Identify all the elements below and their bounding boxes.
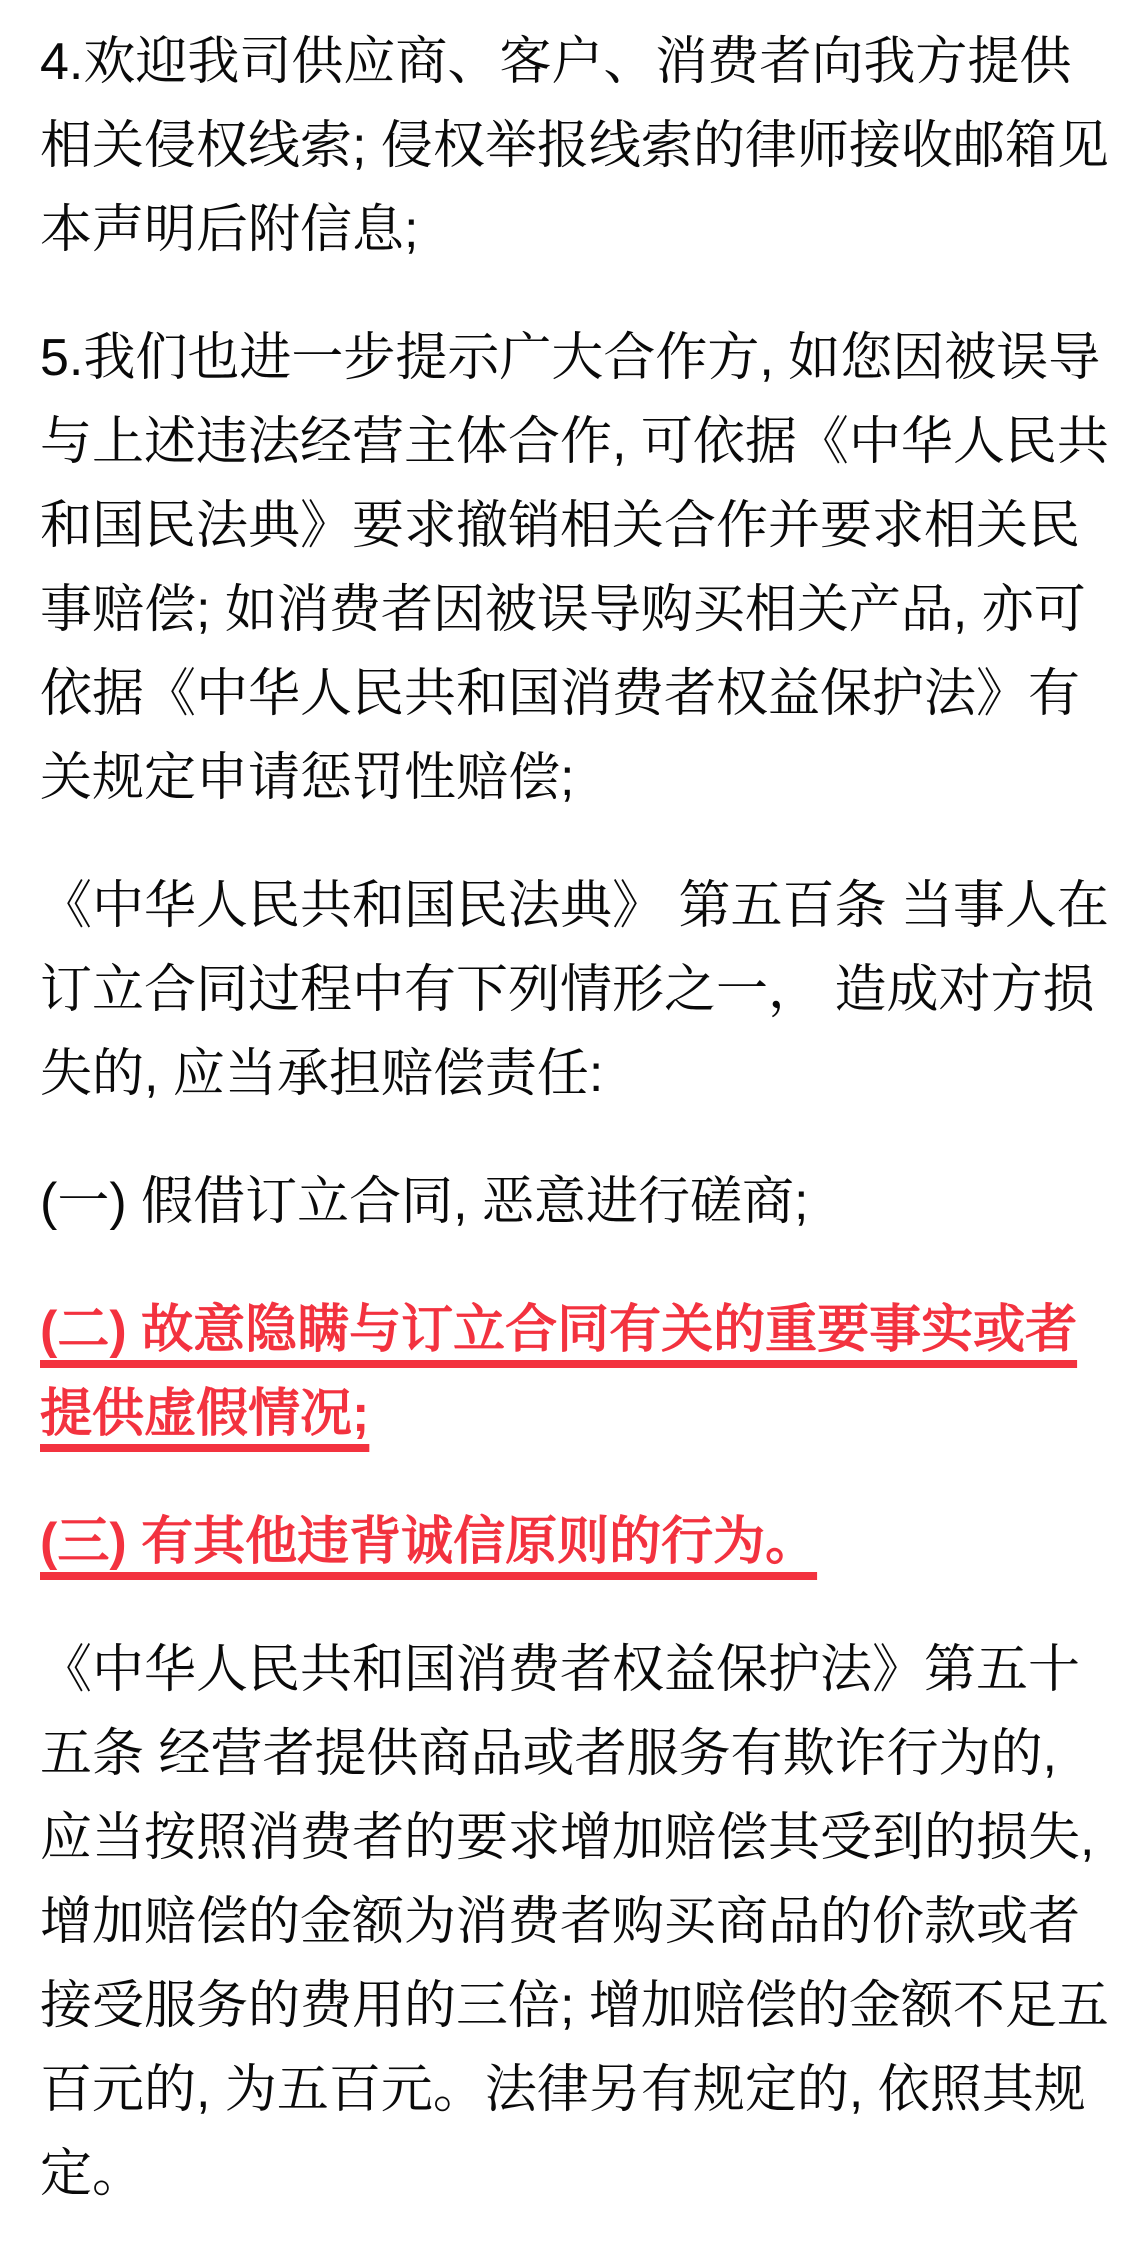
paragraph-civil-code-article-500: 《中华人民共和国民法典》 第五百条 当事人在订立合同过程中有下列情形之一， 造成… [40, 864, 1116, 1116]
paragraph-clause-4-supplier-welcome: 4.欢迎我司供应商、客户、消费者向我方提供相关侵权线索; 侵权举报线索的律师接收… [40, 20, 1116, 272]
list-item-three-good-faith-violation-highlighted: (三) 有其他违背诚信原则的行为。 [40, 1500, 1116, 1584]
highlighted-underlined-text: (三) 有其他违背诚信原则的行为。 [40, 1513, 817, 1571]
highlighted-underlined-text: (二) 故意隐瞒与订立合同有关的重要事实或者提供虚假情况; [40, 1301, 1077, 1443]
legal-statement-document: 4.欢迎我司供应商、客户、消费者向我方提供相关侵权线索; 侵权举报线索的律师接收… [0, 0, 1133, 2246]
paragraph-clause-5-partner-notice: 5.我们也进一步提示广大合作方, 如您因被误导与上述违法经营主体合作, 可依据《… [40, 316, 1116, 820]
paragraph-consumer-protection-article-55: 《中华人民共和国消费者权益保护法》第五十五条 经营者提供商品或者服务有欺诈行为的… [40, 1628, 1116, 2216]
list-item-one-bad-faith-negotiation: (一) 假借订立合同, 恶意进行磋商; [40, 1160, 1116, 1244]
list-item-two-concealment-highlighted: (二) 故意隐瞒与订立合同有关的重要事实或者提供虚假情况; [40, 1288, 1116, 1456]
